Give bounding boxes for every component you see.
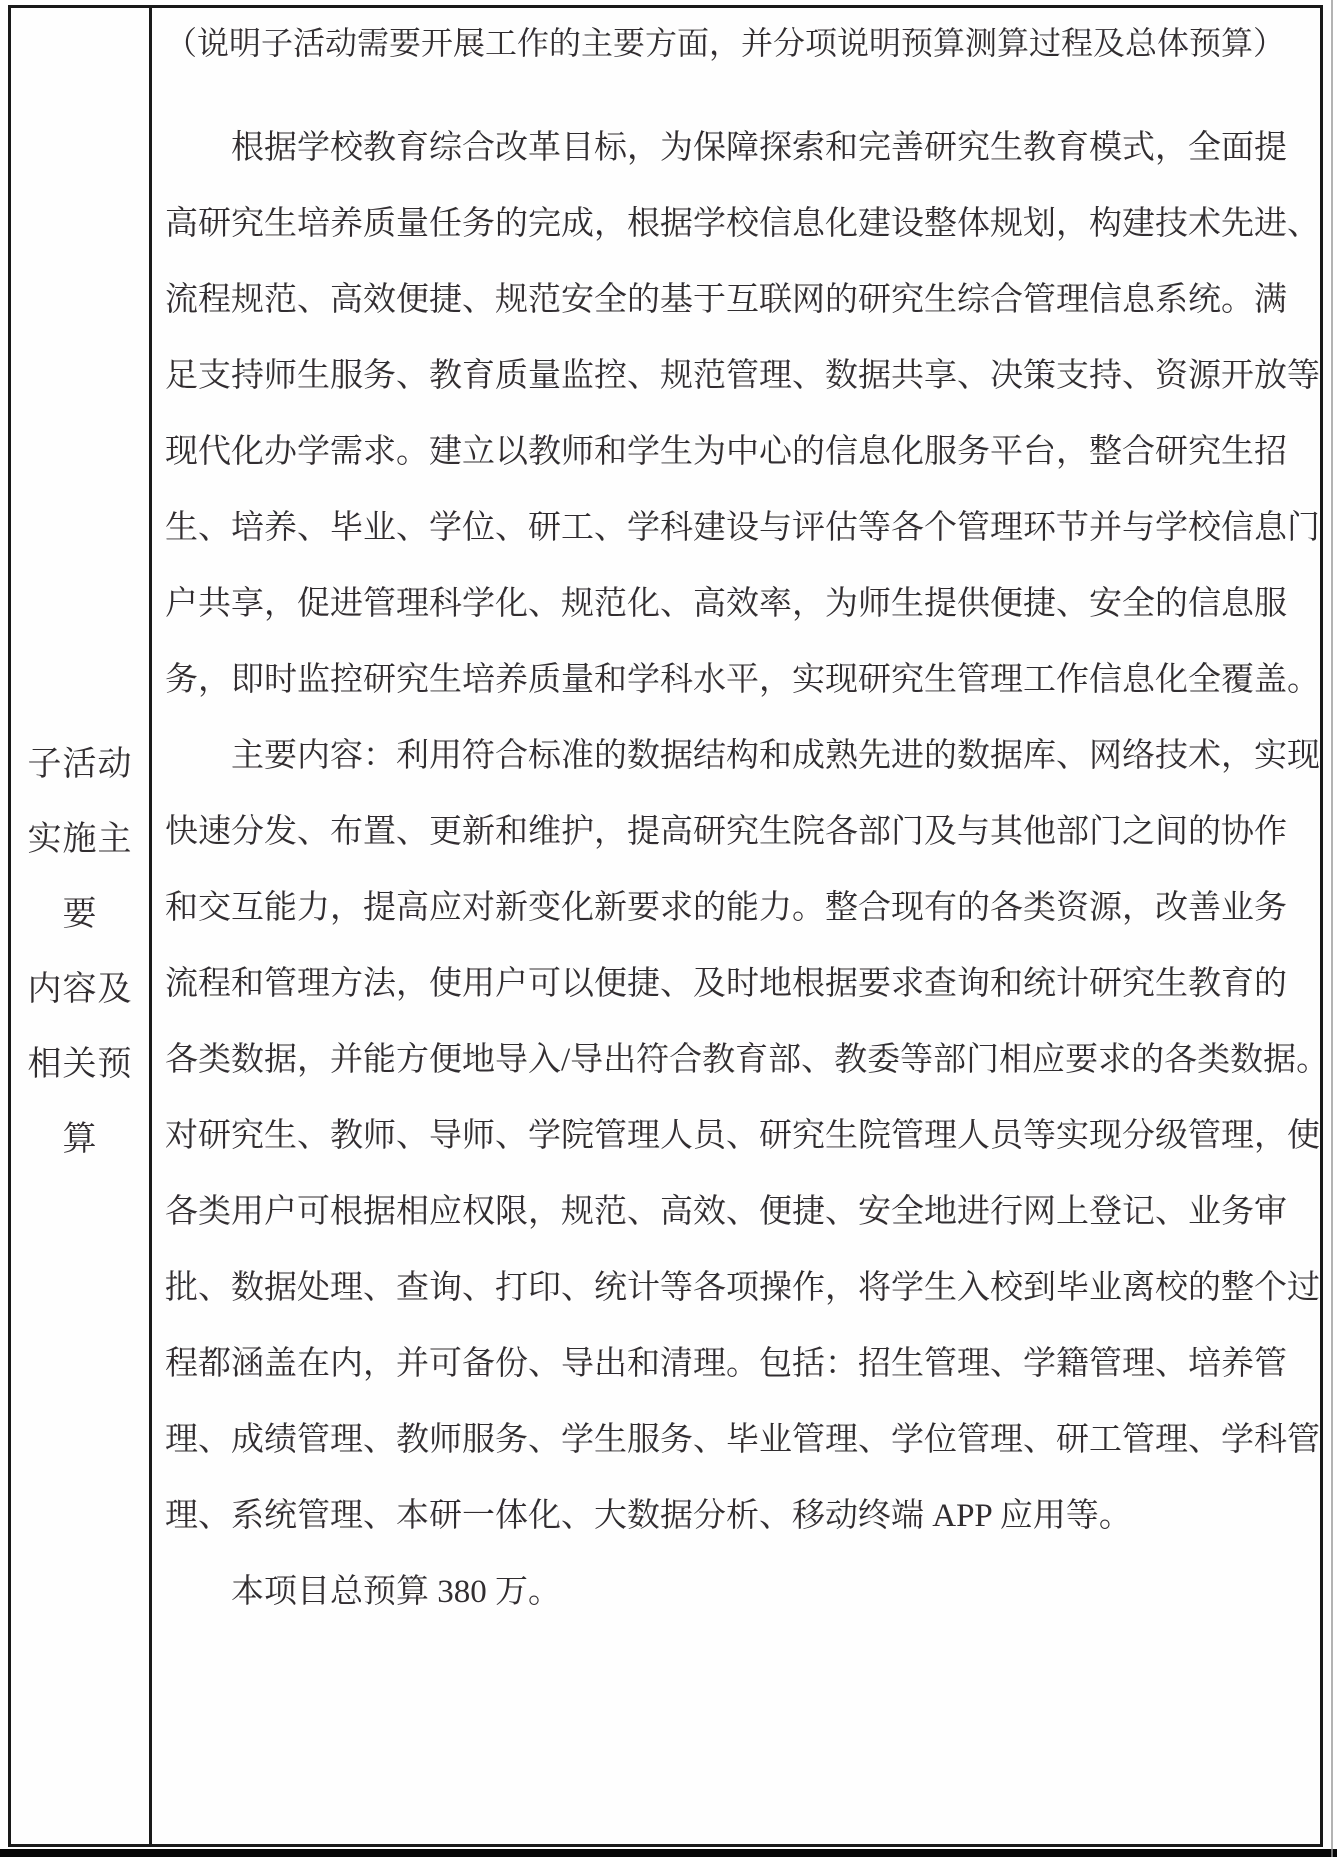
content-line: 快速分发、布置、更新和维护，提高研究生院各部门及与其他部门之间的协作: [165, 794, 1310, 870]
content-line: 批、数据处理、查询、打印、统计等各项操作，将学生入校到毕业离校的整个过: [165, 1250, 1310, 1326]
note-line: （说明子活动需要开展工作的主要方面，并分项说明预算测算过程及总体预算）: [165, 8, 1310, 66]
row-label: 子活动实施主要内容及相关预算: [28, 675, 133, 1177]
content-line: 户共享，促进管理科学化、规范化、高效率，为师生提供便捷、安全的信息服: [165, 566, 1310, 642]
form-table: 子活动实施主要内容及相关预算 （说明子活动需要开展工作的主要方面，并分项说明预算…: [8, 5, 1323, 1847]
content-line: 程都涵盖在内，并可备份、导出和清理。包括：招生管理、学籍管理、培养管: [165, 1326, 1310, 1402]
row-label-line: 要: [28, 877, 133, 952]
content-line: 主要内容：利用符合标准的数据结构和成熟先进的数据库、网络技术，实现: [165, 718, 1310, 794]
row-label-cell: 子活动实施主要内容及相关预算: [11, 8, 149, 1844]
content-line: 务，即时监控研究生培养质量和学科水平，实现研究生管理工作信息化全覆盖。: [165, 642, 1310, 718]
content-line: 足支持师生服务、教育质量监控、规范管理、数据共享、决策支持、资源开放等: [165, 338, 1310, 414]
content-cell: （说明子活动需要开展工作的主要方面，并分项说明预算测算过程及总体预算） 根据学校…: [149, 8, 1320, 1844]
content-line: 流程规范、高效便捷、规范安全的基于互联网的研究生综合管理信息系统。满: [165, 262, 1310, 338]
row-label-line: 相关预: [28, 1027, 133, 1102]
content-line: 各类数据，并能方便地导入/导出符合教育部、教委等部门相应要求的各类数据。: [165, 1022, 1310, 1098]
content-line: 和交互能力，提高应对新变化新要求的能力。整合现有的各类资源，改善业务: [165, 870, 1310, 946]
content-body: 根据学校教育综合改革目标，为保障探索和完善研究生教育模式，全面提高研究生培养质量…: [165, 110, 1310, 1630]
content-line: 根据学校教育综合改革目标，为保障探索和完善研究生教育模式，全面提: [165, 110, 1310, 186]
row-label-line: 实施主: [28, 802, 133, 877]
content-line: 理、成绩管理、教师服务、学生服务、毕业管理、学位管理、研工管理、学科管: [165, 1402, 1310, 1478]
content-line: 理、系统管理、本研一体化、大数据分析、移动终端 APP 应用等。: [165, 1478, 1310, 1554]
content-line: 生、培养、毕业、学位、研工、学科建设与评估等各个管理环节并与学校信息门: [165, 490, 1310, 566]
content-line: 对研究生、教师、导师、学院管理人员、研究生院管理人员等实现分级管理，使: [165, 1098, 1310, 1174]
content-line: 高研究生培养质量任务的完成，根据学校信息化建设整体规划，构建技术先进、: [165, 186, 1310, 262]
content-line: 各类用户可根据相应权限，规范、高效、便捷、安全地进行网上登记、业务审: [165, 1174, 1310, 1250]
content-line: 流程和管理方法，使用户可以便捷、及时地根据要求查询和统计研究生教育的: [165, 946, 1310, 1022]
content-line: 现代化办学需求。建立以教师和学生为中心的信息化服务平台，整合研究生招: [165, 414, 1310, 490]
row-label-line: 子活动: [28, 727, 133, 802]
content-line: 本项目总预算 380 万。: [165, 1554, 1310, 1630]
row-label-line: 内容及: [28, 952, 133, 1027]
row-label-line: 算: [28, 1102, 133, 1177]
scan-bottom-bar: [0, 1849, 1337, 1857]
scan-right-edge-line: [1331, 0, 1333, 1857]
